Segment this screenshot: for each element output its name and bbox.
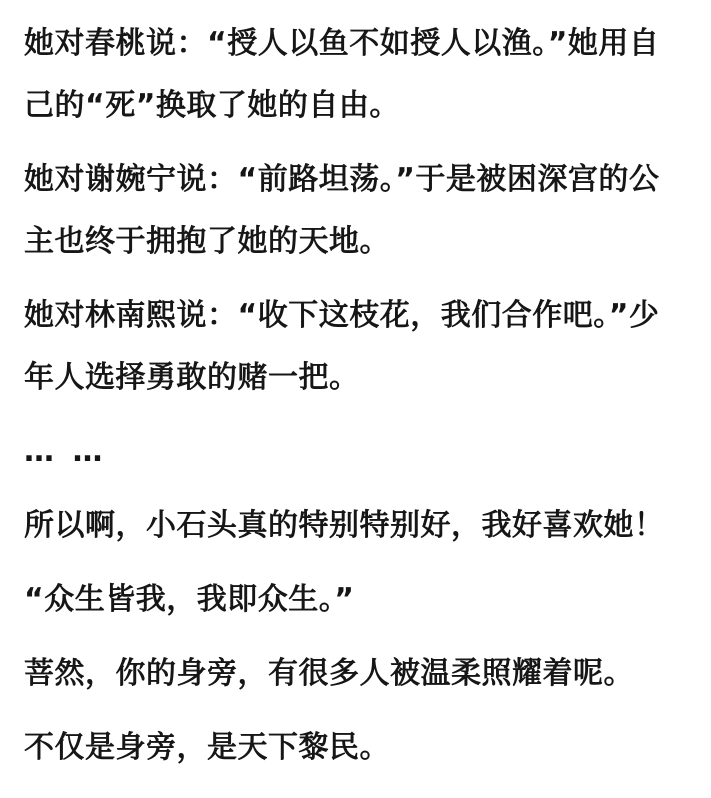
paragraph-7: 菩然，你的身旁，有很多人被温柔照耀着呢。	[24, 643, 697, 705]
document-page: 她对春桃说：“授人以鱼不如授人以渔。”她用自 己的“死”换取了她的自由。 她对谢…	[0, 0, 711, 798]
paragraph-6-quote: “众生皆我，我即众生。”	[24, 569, 697, 631]
paragraph-1: 她对春桃说：“授人以鱼不如授人以渔。”她用自 己的“死”换取了她的自由。	[24, 13, 697, 137]
paragraph-4-ellipsis: … …	[24, 421, 697, 483]
paragraph-2: 她对谢婉宁说：“前路坦荡。”于是被困深宫的公 主也终于拥抱了她的天地。	[24, 149, 697, 273]
paragraph-8: 不仅是身旁，是天下黎民。	[24, 717, 697, 779]
paragraph-5: 所以啊，小石头真的特别特别好，我好喜欢她！	[24, 495, 697, 557]
paragraph-3: 她对林南熙说：“收下这枝花，我们合作吧。”少 年人选择勇敢的赌一把。	[24, 285, 697, 409]
